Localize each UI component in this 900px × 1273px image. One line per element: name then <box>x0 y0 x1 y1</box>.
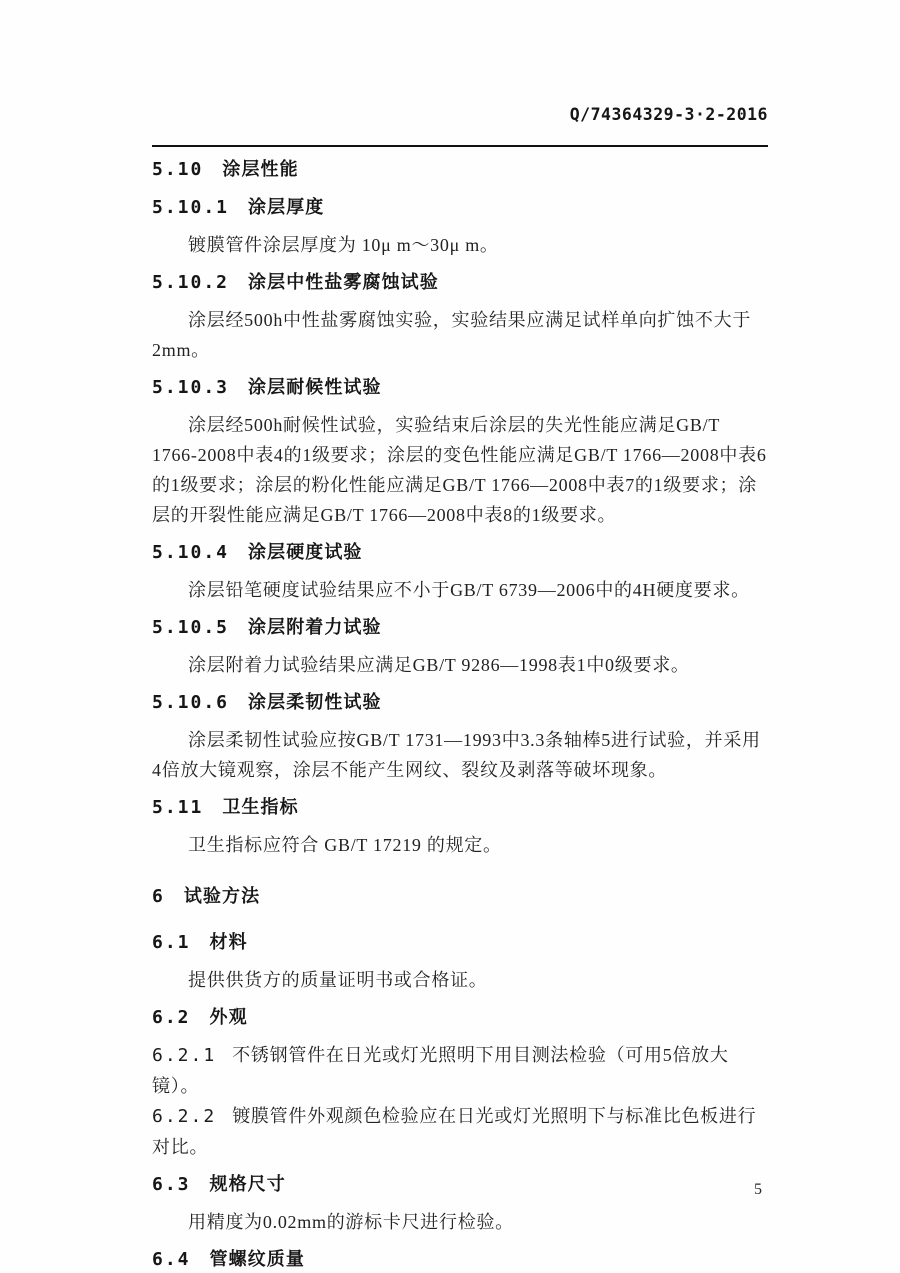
clause-heading: 5.11卫生指标 <box>152 792 768 823</box>
heading-title: 试验方法 <box>184 886 260 906</box>
clause-heading: 5.10.4涂层硬度试验 <box>152 537 768 568</box>
clause-heading: 5.10.1涂层厚度 <box>152 192 768 223</box>
heading-number: 6.2 <box>152 1003 191 1033</box>
body-paragraph: 提供供货方的质量证明书或合格证。 <box>152 965 768 995</box>
page-footer: 5 <box>152 1178 780 1199</box>
document-page: Q/74364329-3·2-2016 5.10涂层性能5.10.1涂层厚度镀膜… <box>0 0 900 1273</box>
chapter-heading: 6试验方法 <box>152 881 768 912</box>
clause-heading: 5.10.3涂层耐候性试验 <box>152 372 768 403</box>
clause-number: 6.2.2 <box>152 1102 216 1132</box>
body-paragraph: 用精度为0.02mm的游标卡尺进行检验。 <box>152 1207 768 1237</box>
heading-number: 5.10.2 <box>152 268 229 298</box>
clause-item: 6.2.2镀膜管件外观颜色检验应在日光或灯光照明下与标准比色板进行对比。 <box>152 1101 768 1162</box>
clause-heading: 6.1材料 <box>152 927 768 958</box>
clause-item: 6.2.1不锈钢管件在日光或灯光照明下用目测法检验（可用5倍放大镜）。 <box>152 1040 768 1101</box>
clause-heading: 5.10.2涂层中性盐雾腐蚀试验 <box>152 267 768 298</box>
heading-number: 5.10.5 <box>152 613 229 643</box>
clause-heading: 6.4管螺纹质量 <box>152 1244 768 1273</box>
clause-number: 6.2.1 <box>152 1041 216 1071</box>
heading-title: 涂层厚度 <box>248 197 324 217</box>
heading-title: 涂层柔韧性试验 <box>248 692 382 712</box>
heading-number: 5.10.6 <box>152 688 229 718</box>
body-paragraph: 涂层经500h耐候性试验，实验结束后涂层的失光性能应满足GB/T 1766-20… <box>152 410 768 530</box>
heading-number: 6.1 <box>152 928 191 958</box>
clause-text: 镀膜管件外观颜色检验应在日光或灯光照明下与标准比色板进行对比。 <box>152 1106 756 1157</box>
heading-title: 材料 <box>210 932 248 952</box>
page-header: Q/74364329-3·2-2016 <box>152 101 768 147</box>
heading-title: 卫生指标 <box>222 797 298 817</box>
heading-title: 涂层中性盐雾腐蚀试验 <box>248 272 439 292</box>
document-body: 5.10涂层性能5.10.1涂层厚度镀膜管件涂层厚度为 10μ m～30μ m。… <box>152 154 768 1273</box>
clause-group: 6.2.1不锈钢管件在日光或灯光照明下用目测法检验（可用5倍放大镜）。6.2.2… <box>152 1040 768 1162</box>
heading-number: 6 <box>152 882 165 912</box>
standard-number: Q/74364329-3·2-2016 <box>570 105 768 124</box>
clause-heading: 6.2外观 <box>152 1002 768 1033</box>
clause-heading: 5.10.6涂层柔韧性试验 <box>152 687 768 718</box>
body-paragraph: 涂层铅笔硬度试验结果应不小于GB/T 6739—2006中的4H硬度要求。 <box>152 575 768 605</box>
heading-title: 涂层耐候性试验 <box>248 377 382 397</box>
clause-heading: 5.10涂层性能 <box>152 154 768 185</box>
clause-heading: 5.10.5涂层附着力试验 <box>152 612 768 643</box>
clause-text: 不锈钢管件在日光或灯光照明下用目测法检验（可用5倍放大镜）。 <box>152 1045 729 1096</box>
body-paragraph: 涂层附着力试验结果应满足GB/T 9286—1998表1中0级要求。 <box>152 650 768 680</box>
heading-number: 5.10.4 <box>152 538 229 568</box>
heading-number: 6.4 <box>152 1245 191 1273</box>
heading-number: 5.10.1 <box>152 193 229 223</box>
body-paragraph: 镀膜管件涂层厚度为 10μ m～30μ m。 <box>152 230 768 260</box>
page-number: 5 <box>754 1181 780 1198</box>
header-rule <box>152 145 768 147</box>
heading-title: 涂层硬度试验 <box>248 542 362 562</box>
heading-number: 5.10 <box>152 155 203 185</box>
body-paragraph: 涂层柔韧性试验应按GB/T 1731—1993中3.3条轴棒5进行试验，并采用4… <box>152 725 768 785</box>
body-paragraph: 卫生指标应符合 GB/T 17219 的规定。 <box>152 830 768 860</box>
heading-number: 5.11 <box>152 793 203 823</box>
body-paragraph: 涂层经500h中性盐雾腐蚀实验，实验结果应满足试样单向扩蚀不大于2mm。 <box>152 305 768 365</box>
heading-title: 涂层性能 <box>222 159 298 179</box>
heading-number: 5.10.3 <box>152 373 229 403</box>
heading-title: 涂层附着力试验 <box>248 617 382 637</box>
heading-title: 外观 <box>210 1007 248 1027</box>
heading-title: 管螺纹质量 <box>210 1249 305 1269</box>
